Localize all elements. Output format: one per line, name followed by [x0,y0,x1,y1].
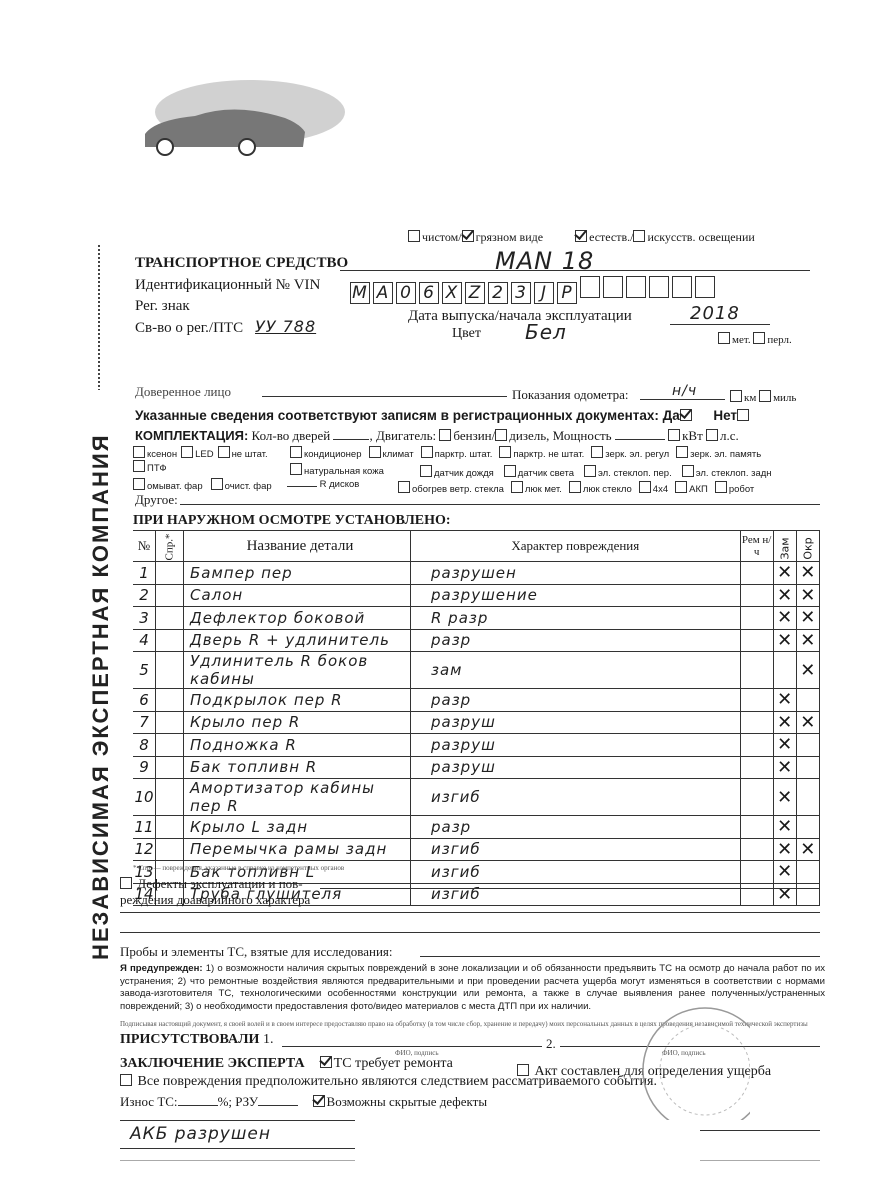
yes-checkbox[interactable] [680,409,692,421]
header-zam-text: Зам [778,537,791,559]
header-spr: Спр.* [156,531,184,562]
row-zam-mark[interactable]: ✕ [773,607,796,630]
doors-field[interactable] [333,439,369,440]
equipment-option[interactable]: парктр. не штат. [499,449,584,460]
row-part-name[interactable]: Дверь R + удлинитель [183,629,410,652]
equipment-option[interactable]: очист. фар [211,481,272,492]
equipment-option-label: парктр. не штат. [513,449,584,460]
samples-field[interactable] [420,956,820,957]
metallic-label: мет. [732,334,751,346]
pts-label: Св-во о рег./ПТС [135,320,243,337]
row-rem[interactable] [740,629,773,652]
table-row: 11Крыло L заднразр✕ [133,816,820,839]
equipment-option-label: АКП [689,484,708,495]
table-row: 10Амортизатор кабины пер Rизгиб✕ [133,779,820,816]
row-rem[interactable] [740,711,773,734]
equipment-option-label: эл. стеклоп. задн [696,468,772,479]
vin-char-cell[interactable]: 3 [511,282,531,304]
equipment-checkbox[interactable] [218,446,230,458]
equipment-option-label: датчик света [518,468,574,479]
color-value[interactable]: Бел [525,320,567,344]
row-okr-mark[interactable] [796,734,819,757]
power-field[interactable] [615,439,665,440]
equipment-option[interactable]: эл. стеклоп. пер. [584,468,672,479]
spr-footnote: * Спр. — повреждения, указанные в справк… [133,864,344,872]
wear-label: Износ ТС: [120,1094,178,1109]
equipment-checkbox[interactable] [591,446,603,458]
row-number[interactable]: 8 [133,734,156,757]
proxy-label: Доверенное лицо [135,384,231,400]
expert-note[interactable]: АКБ разрушен [130,1124,271,1144]
defects-field-2[interactable] [120,912,820,913]
row-okr-mark[interactable] [796,779,819,816]
odometer-line [640,399,725,400]
wear-row: Износ ТС:%; РЗУ Возможны скрытые дефекты [120,1094,487,1110]
sidebar-dashed-line [98,245,100,390]
row-spr[interactable] [156,734,184,757]
row-spr[interactable] [156,756,184,779]
equipment-option[interactable]: АКП [675,484,708,495]
row-damage[interactable]: разр [410,629,740,652]
equipment-option-label: омыват. фар [147,481,203,492]
row-number[interactable]: 6 [133,689,156,712]
equipment-checkbox[interactable] [504,465,516,477]
equipment-checkbox[interactable] [682,465,694,477]
row-damage[interactable]: разруш [410,734,740,757]
row-okr-mark[interactable] [796,861,819,884]
row-okr-mark[interactable]: ✕ [796,838,819,861]
header-part: Название детали [183,531,410,562]
vin-char-cell[interactable]: 0 [396,282,416,304]
row-okr-mark[interactable] [796,689,819,712]
table-row: 4Дверь R + удлинительразр✕✕ [133,629,820,652]
all-damage-row: Все повреждения предположительно являютс… [120,1074,657,1090]
equipment-option[interactable]: LED [181,449,213,460]
equipment-option[interactable]: зерк. эл. память [676,449,761,460]
row-damage[interactable]: разрушен [410,562,740,585]
damage-table: № Спр.* Название детали Характер поврежд… [133,530,820,906]
repair-checkbox[interactable] [320,1056,332,1068]
row-spr[interactable] [156,838,184,861]
odometer-label: Показания одометра: [512,387,629,403]
row-okr-mark[interactable]: ✕ [796,607,819,630]
equipment-option[interactable]: кондиционер [290,449,362,460]
docs-match-row: Указанные сведения соответствуют записям… [135,408,751,423]
present-label-text: ПРИСУТСТВОВАЛИ [120,1032,259,1047]
table-row: 12Перемычка рамы заднизгиб✕✕ [133,838,820,861]
row-rem[interactable] [740,689,773,712]
row-number[interactable]: 9 [133,756,156,779]
table-row: 5Удлинитель R боков кабинызам✕ [133,652,820,689]
row-rem[interactable] [740,883,773,906]
equipment-option-label: эл. стеклоп. пер. [598,468,672,479]
equipment-checkbox[interactable] [181,446,193,458]
equipment-option[interactable]: ксенон [133,449,177,460]
petrol-checkbox[interactable] [439,429,451,441]
table-row: 9Бак топливн Rразруш✕ [133,756,820,779]
row-okr-mark[interactable]: ✕ [796,652,819,689]
yes-label: Да [663,408,680,423]
row-zam-mark[interactable]: ✕ [773,756,796,779]
row-rem[interactable] [740,734,773,757]
natural-light-label: естеств./ [589,230,633,244]
row-zam-mark[interactable]: ✕ [773,734,796,757]
leather-label: натуральная кожа [304,466,384,477]
proxy-field[interactable] [262,396,507,397]
row-part-name[interactable]: Амортизатор кабины пер R [183,779,410,816]
vin-char-cell[interactable]: J [534,282,554,304]
row-zam-mark[interactable]: ✕ [773,838,796,861]
equipment-checkbox[interactable] [639,481,651,493]
equipment-option[interactable]: робот [715,484,754,495]
stamp-icon [620,1000,750,1120]
defects-label-1: Дефекты эксплуатации и пов- [137,876,302,891]
row-damage[interactable]: изгиб [410,838,740,861]
defects-field-3[interactable] [120,932,820,933]
other-field[interactable] [180,504,820,505]
row-number[interactable]: 7 [133,711,156,734]
row-spr[interactable] [156,711,184,734]
equipment-option-label: ксенон [147,449,177,460]
metallic-checkbox[interactable] [718,332,730,344]
row-damage[interactable]: разруш [410,756,740,779]
row-damage[interactable]: изгиб [410,861,740,884]
row-damage[interactable]: разр [410,689,740,712]
row-rem[interactable] [740,562,773,585]
row-spr[interactable] [156,816,184,839]
pts-value[interactable]: УУ 788 [255,317,316,336]
warning-lead: Я предупрежден: [120,963,203,974]
pearl-label: перл. [767,334,791,346]
note-line-1 [120,1120,355,1121]
equipment-option-label: датчик дождя [434,468,494,479]
row-part-name[interactable]: Крыло L задн [183,816,410,839]
row-okr-mark[interactable] [796,816,819,839]
present-one-field[interactable] [282,1046,542,1047]
equipment-checkbox[interactable] [499,446,511,458]
equipment-row-head: КОМПЛЕКТАЦИЯ: Кол-во дверей , Двигатель:… [135,428,739,444]
header-damage: Характер повреждения [410,531,740,562]
row-okr-mark[interactable]: ✕ [796,629,819,652]
row-spr[interactable] [156,629,184,652]
conclusion-label: ЗАКЛЮЧЕНИЕ ЭКСПЕРТА [120,1056,305,1071]
header-rem: Рем н/ч [740,531,773,562]
all-damage-label: Все повреждения предположительно являютс… [138,1074,657,1089]
row-damage[interactable]: разруш [410,711,740,734]
equipment-row-1: ксенонLEDне штат. [133,446,272,460]
equipment-option-label: кондиционер [304,449,362,460]
row-zam-mark[interactable]: ✕ [773,584,796,607]
row-part-name[interactable]: Салон [183,584,410,607]
wheels-label: R дисков [320,479,360,490]
equipment-checkbox[interactable] [420,465,432,477]
row-damage[interactable]: R разр [410,607,740,630]
equipment-checkbox[interactable] [133,446,145,458]
row-part-name[interactable]: Удлинитель R боков кабины [183,652,410,689]
leather-item: натуральная кожа [290,463,384,477]
row-number[interactable]: 1 [133,562,156,585]
table-row: 2Салонразрушение✕✕ [133,584,820,607]
row-rem[interactable] [740,861,773,884]
row-okr-mark[interactable]: ✕ [796,562,819,585]
equipment-option-label: робот [729,484,754,495]
row-part-name[interactable]: Дефлектор боковой [183,607,410,630]
rzu-label: %; РЗУ [218,1094,258,1109]
diesel-label: дизель, [509,428,549,443]
equipment-option[interactable]: датчик света [504,468,574,479]
row-number[interactable]: 5 [133,652,156,689]
equipment-option[interactable]: эл. стеклоп. задн [682,468,772,479]
equipment-checkbox[interactable] [584,465,596,477]
pearl-checkbox[interactable] [753,332,765,344]
row-damage[interactable]: разр [410,816,740,839]
company-name-vertical: НЕЗАВИСИМАЯ ЭКСПЕРТНАЯ КОМПАНИЯ [88,433,114,960]
header-num: № [133,531,156,562]
all-damage-checkbox[interactable] [120,1074,132,1086]
engine-label: Двигатель: [376,428,436,443]
row-damage[interactable]: изгиб [410,883,740,906]
km-label: км [744,392,756,404]
no-label: Нет [713,408,737,423]
equipment-option-label: очист. фар [225,481,272,492]
defects-row: Дефекты эксплуатации и пов- [120,876,303,892]
row-okr-mark[interactable] [796,883,819,906]
row-rem[interactable] [740,652,773,689]
dirty-label: грязном виде [476,230,544,244]
row-spr[interactable] [156,652,184,689]
hidden-defects-label: Возможны скрытые дефекты [327,1094,488,1109]
equipment-option[interactable]: парктр. штат. [421,449,493,460]
equipment-option-label: 4x4 [653,484,668,495]
dirty-checkbox[interactable] [462,230,474,242]
row-okr-mark[interactable] [796,756,819,779]
miles-checkbox[interactable] [759,390,771,402]
km-checkbox[interactable] [730,390,742,402]
color-label: Цвет [452,326,481,342]
table-row: 3Дефлектор боковойR разр✕✕ [133,607,820,630]
rzu-field[interactable] [258,1105,298,1106]
year-label: Дата выпуска/начала эксплуатации [408,308,632,325]
row-spr[interactable] [156,562,184,585]
equipment-checkbox[interactable] [569,481,581,493]
row-number[interactable]: 3 [133,607,156,630]
vehicle-model-value[interactable]: MAN 18 [495,247,594,275]
row-part-name[interactable]: Подкрылок пер R [183,689,410,712]
row-damage[interactable]: разрушение [410,584,740,607]
equipment-checkbox[interactable] [421,446,433,458]
row-rem[interactable] [740,607,773,630]
row-part-name[interactable]: Подножка R [183,734,410,757]
row-zam-mark[interactable]: ✕ [773,629,796,652]
defects-checkbox[interactable] [120,877,132,889]
natural-light-checkbox[interactable] [575,230,587,242]
power-label: Мощность [553,428,612,443]
equipment-option[interactable]: зерк. эл. регул [591,449,669,460]
header-okr: Окр [796,531,819,562]
vin-field[interactable]: MA06XZ23JP [350,276,718,304]
table-row: 8Подножка Rразруш✕ [133,734,820,757]
table-row: 6Подкрылок пер Rразр✕ [133,689,820,712]
equipment-option[interactable]: люк мет. [511,484,562,495]
equipment-checkbox[interactable] [290,446,302,458]
artificial-light-checkbox[interactable] [633,230,645,242]
row-number[interactable]: 10 [133,779,156,816]
hp-label: л.с. [720,428,739,443]
row-number[interactable]: 12 [133,838,156,861]
wheels-field[interactable] [287,486,317,487]
conclusion-row: ЗАКЛЮЧЕНИЕ ЭКСПЕРТА ТС требует ремонта [120,1056,453,1072]
equipment-checkbox[interactable] [133,478,145,490]
equipment-option[interactable]: датчик дождя [420,468,494,479]
hidden-defects-checkbox[interactable] [313,1095,325,1107]
row-zam-mark[interactable]: ✕ [773,883,796,906]
equipment-checkbox[interactable] [398,481,410,493]
doors-label: Кол-во дверей [252,428,331,443]
equipment-option[interactable]: 4x4 [639,484,668,495]
row-part-name[interactable]: Бак топливн R [183,756,410,779]
vin-char-cell[interactable]: 6 [419,282,439,304]
equipment-title: КОМПЛЕКТАЦИЯ: [135,428,248,443]
row-spr[interactable] [156,607,184,630]
equipment-option-label: зерк. эл. регул [605,449,669,460]
artificial-light-label: искусств. освещении [647,230,754,244]
no-checkbox[interactable] [737,409,749,421]
equipment-option-label: люк мет. [525,484,562,495]
reg-label: Рег. знак [135,298,190,315]
row-zam-mark[interactable]: ✕ [773,861,796,884]
wear-field[interactable] [178,1105,218,1106]
other-row: Другое: [135,492,178,508]
equipment-row-2b: датчик дождядатчик светаэл. стеклоп. пер… [420,465,782,479]
vin-char-cell[interactable]: Z [465,282,485,304]
header-okr-text: Окр [801,537,814,559]
equipment-option-label: люк стекло [583,484,632,495]
diesel-checkbox[interactable] [495,429,507,441]
equipment-option-label: зерк. эл. память [690,449,761,460]
petrol-label: бензин/ [453,428,495,443]
note-line-2 [120,1148,355,1149]
defects-field-1[interactable] [320,888,820,889]
samples-label: Пробы и элементы ТС, взятые для исследов… [120,944,393,960]
vin-char-cell[interactable]: M [350,282,370,304]
row-number[interactable]: 11 [133,816,156,839]
equipment-checkbox[interactable] [715,481,727,493]
equipment-option[interactable]: обогрев ветр. стекла [398,484,504,495]
ptf-item: ПТФ [133,460,167,474]
vin-char-cell[interactable] [695,276,715,298]
equipment-checkbox[interactable] [676,446,688,458]
row-damage[interactable]: зам [410,652,740,689]
year-line [670,324,770,325]
vin-char-cell[interactable] [626,276,646,298]
row-zam-mark[interactable] [773,652,796,689]
vin-char-cell[interactable]: P [557,282,577,304]
hp-checkbox[interactable] [706,429,718,441]
row-zam-mark[interactable]: ✕ [773,562,796,585]
row-zam-mark[interactable]: ✕ [773,689,796,712]
row-okr-mark[interactable]: ✕ [796,584,819,607]
row-zam-mark[interactable]: ✕ [773,779,796,816]
row-number[interactable]: 4 [133,629,156,652]
equipment-option[interactable]: омыват. фар [133,481,203,492]
lighting-row: чистом/грязном виде естеств./искусств. о… [408,230,755,245]
equipment-option[interactable]: люк стекло [569,484,632,495]
row-rem[interactable] [740,779,773,816]
year-value[interactable]: 2018 [690,303,740,324]
vin-char-cell[interactable] [580,276,600,298]
vin-label: Идентификационный № VIN [135,277,320,294]
row-rem[interactable] [740,756,773,779]
equipment-option[interactable]: климат [369,449,414,460]
repair-label: ТС требует ремонта [334,1056,453,1071]
row-spr[interactable] [156,584,184,607]
ptf-checkbox[interactable] [133,460,145,472]
equipment-option[interactable]: не штат. [218,449,268,460]
row-rem[interactable] [740,816,773,839]
equipment-option-label: не штат. [232,449,268,460]
present-two-label: 2. [546,1036,556,1052]
equipment-checkbox[interactable] [369,446,381,458]
miles-label: миль [773,392,796,404]
clean-label: чистом/ [422,230,462,244]
equipment-row-3b: обогрев ветр. стеклалюк мет.люк стекло4x… [398,481,761,495]
leather-checkbox[interactable] [290,463,302,475]
equipment-row-1b: кондиционерклиматпарктр. штат.парктр. не… [290,446,768,460]
vin-char-cell[interactable]: A [373,282,393,304]
vin-char-cell[interactable] [603,276,623,298]
paint-type-row: мет. перл. [718,332,792,346]
present-label: ПРИСУТСТВОВАЛИ 1. [120,1032,273,1048]
table-row: 7Крыло пер Rразруш✕✕ [133,711,820,734]
kw-checkbox[interactable] [668,429,680,441]
row-spr[interactable] [156,689,184,712]
equipment-row-3a: омыват. фарочист. фар [133,478,280,492]
vin-char-cell[interactable]: X [442,282,462,304]
row-spr[interactable] [156,779,184,816]
row-part-name[interactable]: Бампер пер [183,562,410,585]
equipment-option-label: LED [195,449,213,460]
car-logo-icon [125,72,355,167]
row-okr-mark[interactable]: ✕ [796,711,819,734]
clean-checkbox[interactable] [408,230,420,242]
vehicle-section-label: ТРАНСПОРТНОЕ СРЕДСТВО [135,255,348,272]
odometer-units: км миль [730,390,796,404]
row-part-name[interactable]: Крыло пер R [183,711,410,734]
equipment-checkbox[interactable] [675,481,687,493]
row-damage[interactable]: изгиб [410,779,740,816]
note-line-5 [700,1160,820,1161]
equipment-checkbox[interactable] [211,478,223,490]
equipment-option-label: парктр. штат. [435,449,493,460]
row-rem[interactable] [740,838,773,861]
vin-char-cell[interactable] [649,276,669,298]
row-rem[interactable] [740,584,773,607]
equipment-option-label: климат [383,449,414,460]
other-label: Другое: [135,492,178,507]
defects-label-2: реждения доаварийного характера [120,892,310,908]
row-number[interactable]: 2 [133,584,156,607]
odometer-value[interactable]: н/ч [672,383,697,399]
row-zam-mark[interactable]: ✕ [773,711,796,734]
equipment-checkbox[interactable] [511,481,523,493]
header-spr-text: Спр.* [163,534,175,561]
row-part-name[interactable]: Перемычка рамы задн [183,838,410,861]
row-zam-mark[interactable]: ✕ [773,816,796,839]
note-line-3 [120,1160,355,1161]
table-row: 1Бампер перразрушен✕✕ [133,562,820,585]
vin-char-cell[interactable]: 2 [488,282,508,304]
vin-char-cell[interactable] [672,276,692,298]
